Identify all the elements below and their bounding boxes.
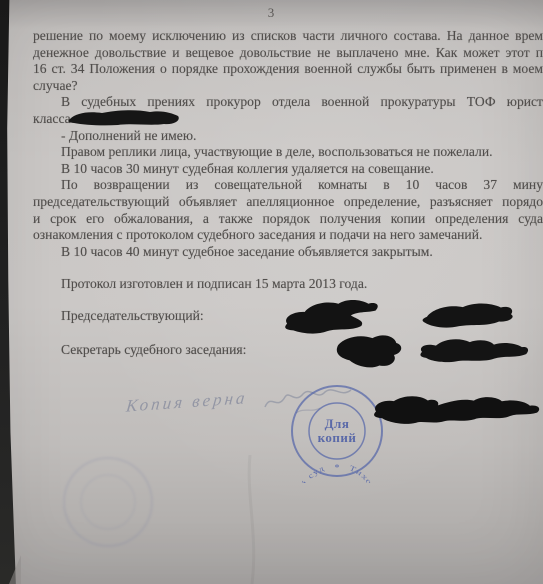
- doc-line: денежное довольствие и вещевое довольств…: [33, 45, 543, 62]
- doc-line: случае?: [33, 78, 543, 95]
- doc-line: ознакомления с протоколом судебного засе…: [33, 227, 543, 244]
- court-secretary-label: Секретарь судебного заседания:: [61, 342, 246, 358]
- redaction-mark: [416, 333, 535, 368]
- redaction-mark: [368, 386, 543, 433]
- doc-line: Правом реплики лица, участвующие в деле,…: [33, 144, 543, 161]
- doc-line: и срок его обжалования, а также порядок …: [33, 211, 543, 228]
- stamp-bleedthrough-ghost: [56, 450, 160, 559]
- doc-line: В 10 часов 30 минут судебная коллегия уд…: [33, 161, 543, 178]
- presiding-judge-label: Председательствующий:: [61, 308, 204, 324]
- protocol-date-line: Протокол изготовлен и подписан 15 марта …: [33, 276, 543, 293]
- redaction-mark: [66, 108, 184, 130]
- stamp-center-top: Для: [325, 416, 350, 431]
- stamp-star: *: [335, 463, 340, 474]
- doc-line: решение по моему исключению из списков ч…: [33, 28, 543, 45]
- doc-line: В 10 часов 40 минут судебное заседание о…: [33, 244, 543, 261]
- doc-line: 16 ст. 34 Положения о порядке прохождени…: [33, 61, 543, 78]
- page-number: 3: [0, 5, 543, 21]
- photographed-document: { "page": { "number": "3", "lines": [ "р…: [0, 0, 543, 584]
- redaction-mark: [325, 327, 409, 377]
- doc-line: - Дополнений не имею.: [33, 128, 543, 145]
- redaction-mark: [419, 299, 520, 336]
- stamp-center-bottom: копий: [318, 430, 357, 445]
- document-body: решение по моему исключению из списков ч…: [33, 28, 543, 293]
- doc-line: председательствующий объявляет апелляцио…: [33, 194, 543, 211]
- doc-line: По возвращении из совещательной комнаты …: [33, 177, 543, 194]
